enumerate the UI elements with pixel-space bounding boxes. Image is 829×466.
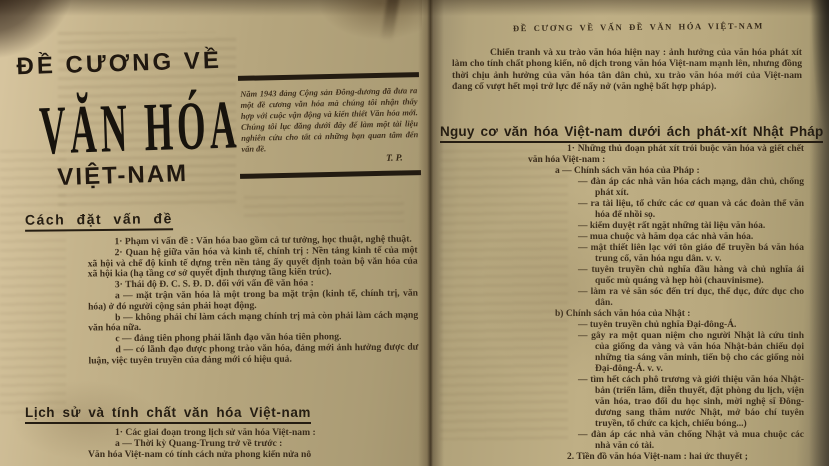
paragraph: — mua chuộc và hăm dọa các nhà văn hóa. — [595, 232, 804, 243]
right-page: ĐỀ CƯƠNG VỀ VẤN ĐỀ VĂN HÓA VIỆT-NAM Chiế… — [432, 0, 829, 466]
title-line-de-cuong-ve: ĐỀ CƯƠNG VỀ — [12, 47, 227, 82]
paragraph: — tuyên truyền chủ nghĩa Đại-đông-Á. — [595, 320, 804, 331]
section-heading-cach-dat-van-de: Cách đặt vấn đề — [25, 210, 173, 232]
section-heading-nguy-co: Nguy cơ văn hóa Việt-nam dưới ách phát-x… — [440, 124, 823, 143]
editor-note-signature: T. P. — [242, 153, 419, 167]
ghost-text-showthrough — [244, 196, 404, 222]
paragraph: — đàn áp các nhà văn hóa cách mạng, dân … — [595, 177, 804, 199]
paragraph: a — Thời kỳ Quang-Trung trở về trước : — [88, 438, 418, 449]
paragraph: 1· Những thủ đoạn phát xít trói buộc văn… — [528, 144, 804, 166]
section-body-cach-dat-van-de: 1· Phạm vi vấn đề : Văn hóa bao gồm cả t… — [87, 235, 418, 367]
running-header: ĐỀ CƯƠNG VỀ VẤN ĐỀ VĂN HÓA VIỆT-NAM — [513, 21, 743, 33]
dark-corner — [0, 0, 72, 58]
paragraph: b) Chính sách văn hóa của Nhật : — [555, 309, 804, 320]
document-photo: ĐỀ CƯƠNG VỀ VĂN HÓA VIỆT-NAM Năm 1943 đả… — [0, 0, 829, 466]
section-body-nguy-co: 1· Những thủ đoạn phát xít trói buộc văn… — [452, 144, 804, 463]
left-page: ĐỀ CƯƠNG VỀ VĂN HÓA VIỆT-NAM Năm 1943 đả… — [0, 0, 432, 466]
paragraph: — ra tài liệu, tổ chức các cơ quan và cá… — [595, 199, 804, 221]
paragraph: 1· Các giai đoạn trong lịch sử văn hóa V… — [88, 427, 418, 438]
document-title-block: ĐỀ CƯƠNG VỀ VĂN HÓA VIỆT-NAM — [12, 47, 230, 194]
paragraph: — tuyên truyền chủ nghĩa đầu hàng và chủ… — [595, 265, 804, 287]
section-heading-lich-su: Lịch sử và tính chất văn hóa Việt-nam — [25, 405, 311, 424]
page-gutter-fold — [418, 0, 444, 466]
paragraph: 2. Tiền đồ văn hóa Việt-nam : hai ức thu… — [528, 452, 804, 463]
paragraph: b — không phải chỉ làm cách mạng chính t… — [88, 310, 418, 334]
photo-right-edge-shadow — [809, 0, 829, 466]
paragraph: 2· Quan hệ giữa văn hóa và kinh tế, chín… — [88, 245, 418, 280]
title-line-van-hoa: VĂN HÓA — [38, 84, 241, 170]
paragraph: — đàn áp các nhà văn chống Nhật và mua c… — [595, 430, 804, 452]
paragraph: — gây ra một quan niệm cho người Nhật là… — [595, 331, 804, 375]
paragraph: — kiểm duyệt rất ngặt những tài liệu văn… — [595, 221, 804, 232]
paragraph: — tìm hết cách phô trương và giới thiệu … — [595, 375, 804, 430]
title-line-van-hoa-wrap: VĂN HÓA — [13, 85, 229, 164]
section-body-lich-su: 1· Các giai đoạn trong lịch sử văn hóa V… — [88, 427, 418, 460]
paragraph: Văn hóa Việt-nam có tính cách nửa phong … — [88, 449, 418, 460]
paragraph: d — có lãnh đạo được phong trào văn hóa,… — [88, 343, 418, 367]
intro-paragraph: Chiến tranh và xu trào văn hóa hiện nay … — [452, 47, 802, 93]
editor-note-text: Năm 1943 đảng Cộng sản Đông-dương đã đưa… — [240, 85, 418, 155]
editor-note-box: Năm 1943 đảng Cộng sản Đông-dương đã đưa… — [238, 72, 421, 179]
paragraph: — mật thiết liên lạc với tôn giáo để tru… — [595, 243, 804, 265]
paragraph: a — Chính sách văn hóa của Pháp : — [555, 166, 804, 177]
paragraph: — làm ra vẻ săn sóc đến trí dục, thể dục… — [595, 287, 804, 309]
page-top-shadow — [432, 0, 829, 16]
